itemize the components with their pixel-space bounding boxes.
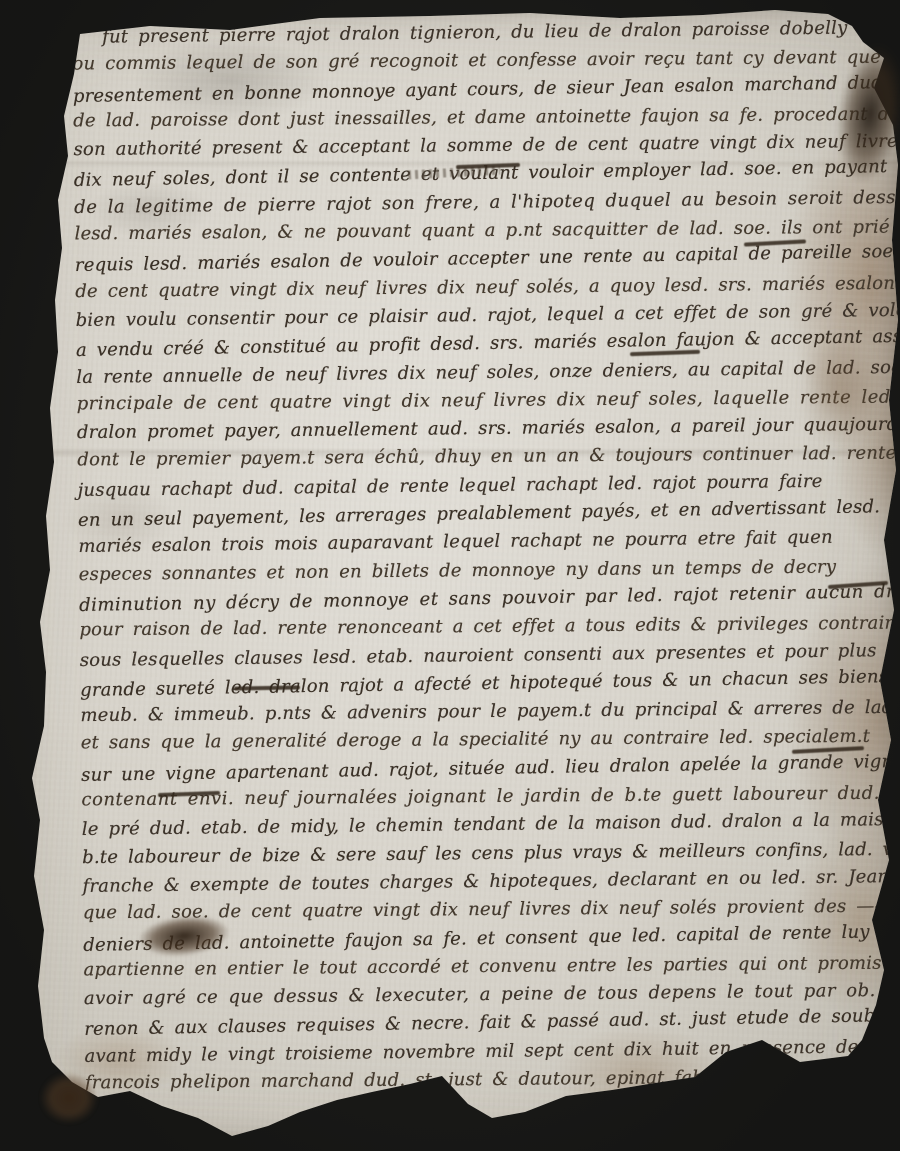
text-line: francois phelipon marchand dud. st. just… bbox=[85, 1063, 897, 1098]
photo-background: fut present pierre rajot dralon tigniero… bbox=[0, 0, 900, 1151]
manuscript-text: fut present pierre rajot dralon tigniero… bbox=[72, 14, 897, 1099]
manuscript-paper: fut present pierre rajot dralon tigniero… bbox=[0, 0, 900, 1151]
